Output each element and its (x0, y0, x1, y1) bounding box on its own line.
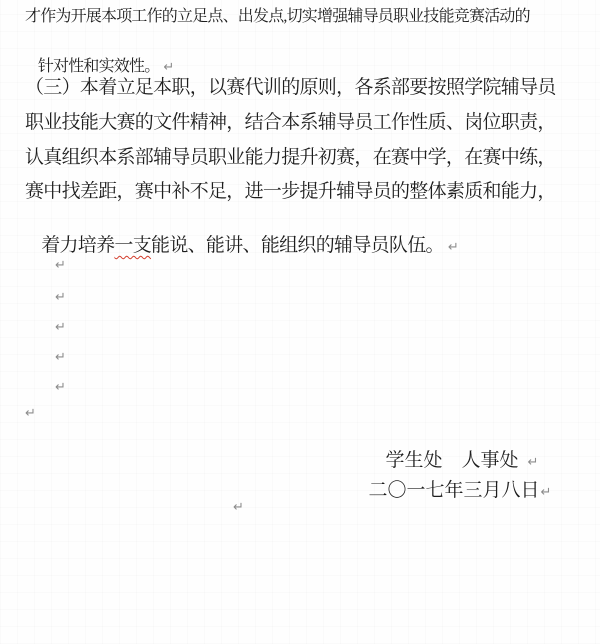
paragraph-mark-icon: ↵ (25, 407, 36, 420)
paragraph-mark-icon: ↵ (55, 291, 66, 304)
paragraph-mark-icon: ↵ (55, 259, 66, 272)
text-line-item3-1[interactable]: （三）本着立足本职，以赛代训的原则，各系部要按照学院辅导员 (25, 78, 556, 97)
text-run[interactable]: 针对性和实效性。 (38, 58, 160, 75)
text-run[interactable]: 能说、能讲、能组织的辅导员队伍。 (151, 235, 444, 256)
signature-date-line[interactable]: 二〇一七年三月八日↵ (318, 462, 583, 519)
text-line-item3-2[interactable]: 职业技能大赛的文件精神，结合本系辅导员工作性质、岗位职责， (25, 113, 556, 132)
paragraph-mark-icon: ↵ (163, 60, 174, 75)
paragraph-mark-icon: ↵ (233, 501, 244, 514)
document-page: 才作为开展本项工作的立足点、出发点,切实增强辅导员职业技能竞赛活动的 针对性和实… (0, 0, 600, 644)
text-line-item3-4[interactable]: 赛中找差距，赛中补不足，进一步提升辅导员的整体素质和能力， (25, 182, 556, 201)
paragraph-mark-icon: ↵ (55, 321, 66, 334)
text-line-carryover-1[interactable]: 才作为开展本项工作的立足点、出发点,切实增强辅导员职业技能竞赛活动的 (25, 9, 530, 25)
paragraph-mark-icon: ↵ (55, 381, 66, 394)
paragraph-mark-icon: ↵ (55, 351, 66, 364)
text-line-item3-5[interactable]: 着力培养一支能说、能讲、能组织的辅导员队伍。↵ (25, 217, 459, 274)
text-run[interactable]: 着力培养 (41, 235, 114, 256)
spellcheck-flagged-text[interactable]: 一支 (114, 235, 151, 256)
text-line-item3-3[interactable]: 认真组织本系部辅导员职业能力提升初赛，在赛中学，在赛中练， (25, 148, 556, 167)
signature-date[interactable]: 二〇一七年三月八日 (369, 480, 540, 501)
paragraph-mark-icon: ↵ (448, 240, 459, 255)
paragraph-mark-icon: ↵ (541, 485, 552, 500)
